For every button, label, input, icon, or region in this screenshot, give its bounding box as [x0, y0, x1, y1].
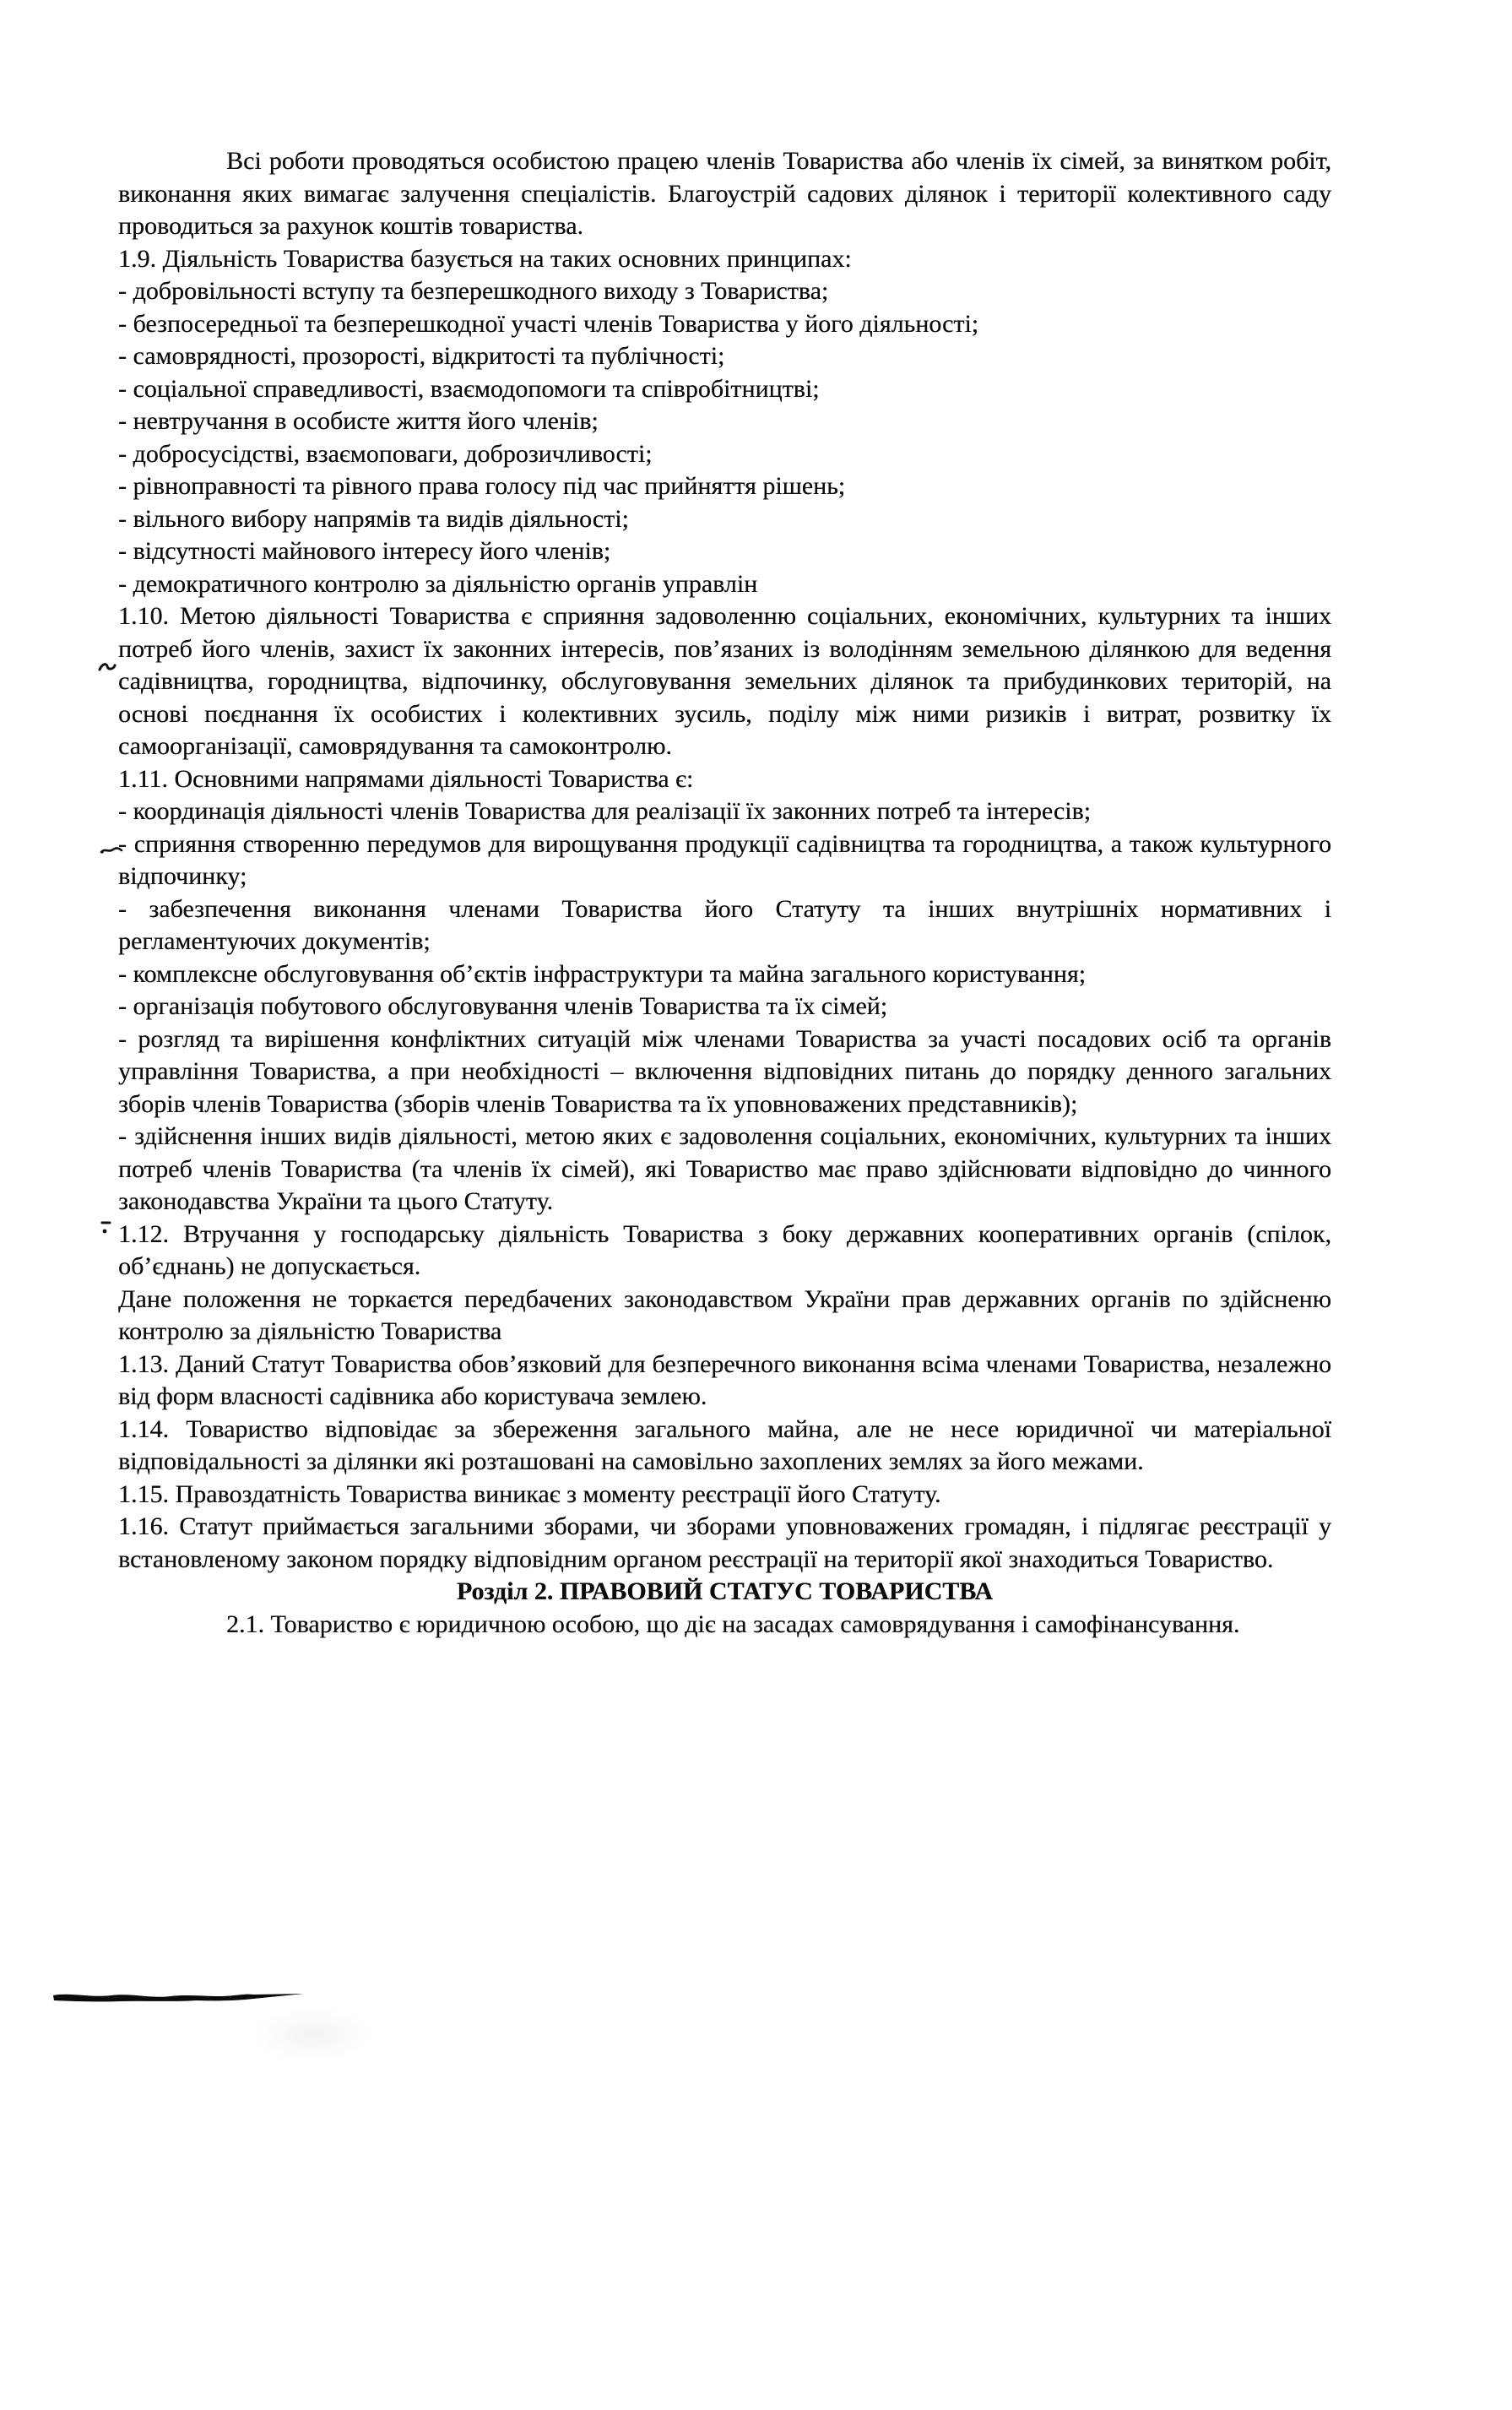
clause-1-12: 1.12. Втручання у господарську діяльніст…: [118, 1219, 1331, 1284]
principle-item: - рівноправності та рівного права голосу…: [118, 470, 1331, 503]
principle-item: - добровільності вступу та безперешкодно…: [118, 275, 1331, 308]
section-2-heading: Розділ 2. ПРАВОВИЙ СТАТУС ТОВАРИСТВА: [118, 1576, 1331, 1609]
clause-1-16: 1.16. Статут приймається загальними збор…: [118, 1511, 1331, 1576]
scanned-statute-page: Всі роботи проводяться особистою працею …: [0, 0, 1512, 2410]
principle-item: - демократичного контролю за діяльністю …: [118, 568, 1331, 601]
clause-1-15: 1.15. Правоздатність Товариства виникає …: [118, 1479, 1331, 1512]
clause-2-1: 2.1. Товариство є юридичною особою, що д…: [118, 1609, 1331, 1642]
ink-speck-tilde-icon: [100, 844, 123, 856]
clause-1-14: 1.14. Товариство відповідає за збереженн…: [118, 1414, 1331, 1479]
principle-item: - невтручання в особисте життя його член…: [118, 405, 1331, 438]
pen-stroke-line: [52, 1988, 306, 2006]
activity-item: - комплексне обслуговування об’єктів інф…: [118, 958, 1331, 991]
labor-paragraph: Всі роботи проводяться особистою працею …: [118, 145, 1331, 243]
ink-speck-dot-dash-icon: [98, 1219, 115, 1238]
activity-item: - організація побутового обслуговування …: [118, 991, 1331, 1023]
principle-item: - безпосередньої та безперешкодної участ…: [118, 308, 1331, 341]
scan-smudge: [253, 2008, 371, 2062]
activity-item: - розгляд та вирішення конфліктних ситуа…: [118, 1023, 1331, 1121]
clause-1-12-note: Дане положення не торкаєтся передбачених…: [118, 1284, 1331, 1349]
principle-item: - самоврядності, прозорості, відкритості…: [118, 340, 1331, 373]
principle-item: - відсутності майнового інтересу його чл…: [118, 535, 1331, 568]
activity-item: - здійснення інших видів діяльності, мет…: [118, 1121, 1331, 1219]
activity-item: - сприяння створенню передумов для вирощ…: [118, 828, 1331, 893]
clause-1-10: 1.10. Метою діяльності Товариства є спри…: [118, 600, 1331, 763]
statute-text-block: Всі роботи проводяться особистою працею …: [118, 145, 1331, 1641]
principle-item: - вільного вибору напрямів та видів діял…: [118, 503, 1331, 536]
ink-speck-squiggle-icon: [98, 660, 118, 676]
clause-1-9: 1.9. Діяльність Товариства базується на …: [118, 243, 1331, 276]
clause-1-11: 1.11. Основними напрямами діяльності Тов…: [118, 763, 1331, 796]
activity-item: - забезпечення виконання членами Товарис…: [118, 893, 1331, 958]
clause-1-13: 1.13. Даний Статут Товариства обов’язков…: [118, 1349, 1331, 1414]
principle-item: - добросусідстві, взаємоповаги, доброзич…: [118, 438, 1331, 471]
principle-item: - соціальної справедливості, взаємодопом…: [118, 373, 1331, 406]
activity-item: - координація діяльності членів Товарист…: [118, 795, 1331, 828]
